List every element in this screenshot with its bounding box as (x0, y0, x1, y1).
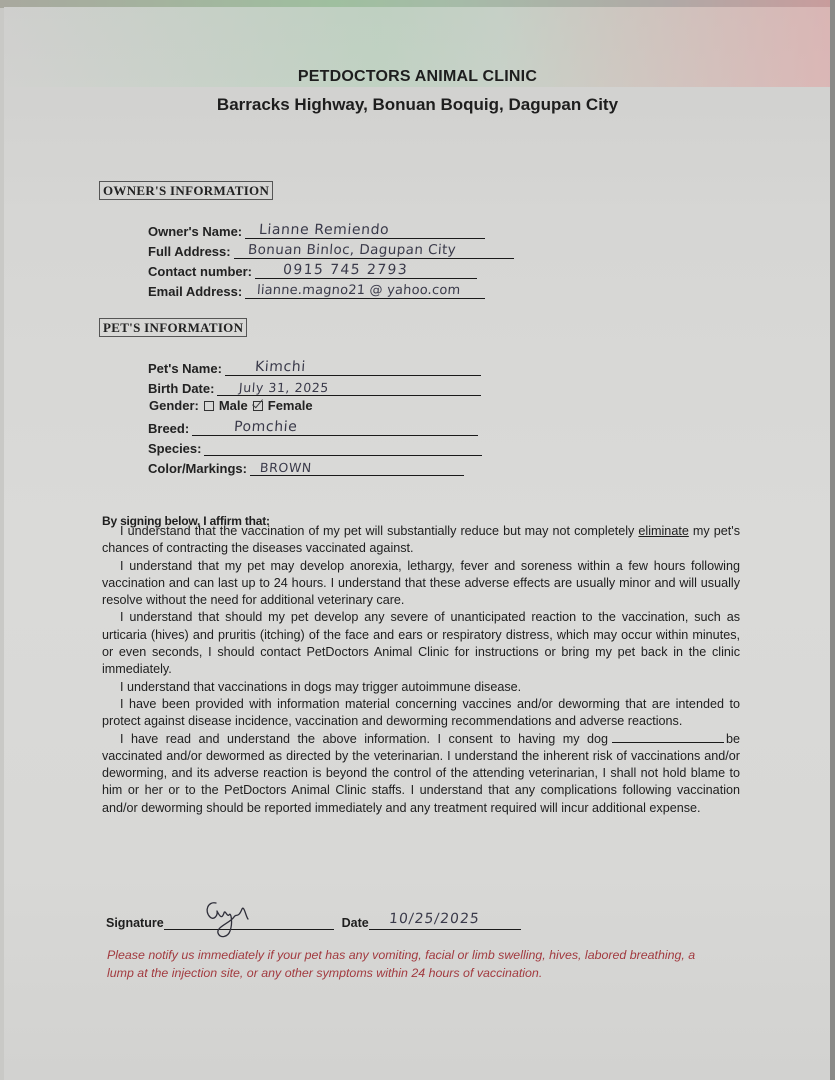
breed-label: Breed: (148, 421, 189, 436)
owner-name-value: Lianne Remiendo (259, 222, 390, 238)
full-address-label: Full Address: (148, 244, 231, 259)
color-markings-value: BROWN (259, 460, 312, 475)
date-label: Date (342, 916, 369, 930)
pet-name-label: Pet's Name: (148, 361, 222, 376)
p6-text: I have read and understand the above inf… (120, 732, 608, 746)
species-line[interactable] (204, 438, 482, 456)
female-label: Female (268, 398, 313, 413)
owner-name-label: Owner's Name: (148, 224, 242, 239)
email-address-field: Email Address: lianne.magno21 @ yahoo.co… (148, 280, 485, 299)
email-address-label: Email Address: (148, 284, 242, 299)
breed-value: Pomchie (234, 419, 299, 435)
clinic-address: Barracks Highway, Bonuan Boquig, Dagupan… (0, 95, 835, 115)
breed-field: Breed: Pomchie (148, 417, 478, 436)
birth-date-field: Birth Date: July 31, 2025 (148, 377, 481, 396)
email-address-line[interactable]: lianne.magno21 @ yahoo.com (245, 281, 485, 299)
species-field: Species: (148, 437, 482, 456)
p1-underlined: eliminate (638, 524, 688, 538)
full-address-value: Bonuan Binloc, Dagupan City (247, 242, 456, 258)
signature-scrawl-icon (200, 897, 250, 941)
contact-number-line[interactable]: 0915 745 2793 (255, 261, 477, 279)
male-checkbox[interactable] (204, 401, 214, 411)
email-address-value: lianne.magno21 @ yahoo.com (257, 283, 461, 298)
female-checkbox-checked[interactable] (253, 401, 263, 411)
owner-info-heading: OWNER'S INFORMATION (99, 181, 273, 200)
breed-line[interactable]: Pomchie (192, 418, 478, 436)
p1-text: I understand that the vaccination of my … (120, 524, 638, 538)
contact-number-label: Contact number: (148, 264, 252, 279)
dog-name-blank[interactable] (612, 732, 724, 743)
pet-name-field: Pet's Name: Kimchi (148, 357, 481, 376)
signature-label: Signature (106, 916, 164, 930)
pet-info-heading: PET'S INFORMATION (99, 318, 247, 337)
affirmation-paragraph-4: I understand that vaccinations in dogs m… (102, 679, 740, 696)
birth-date-line[interactable]: July 31, 2025 (217, 378, 481, 396)
paper-edge-shadow (830, 0, 835, 1080)
male-label: Male (219, 398, 248, 413)
pet-name-line[interactable]: Kimchi (225, 358, 481, 376)
full-address-field: Full Address: Bonuan Binloc, Dagupan Cit… (148, 240, 514, 259)
affirmation-body: I understand that the vaccination of my … (102, 523, 740, 817)
signature-line[interactable] (164, 903, 334, 930)
color-markings-line[interactable]: BROWN (250, 458, 464, 476)
signature-row: Signature Date 10/25/2025 (106, 903, 521, 930)
affirmation-paragraph-2: I understand that my pet may develop ano… (102, 558, 740, 610)
full-address-line[interactable]: Bonuan Binloc, Dagupan City (234, 241, 514, 259)
species-label: Species: (148, 441, 201, 456)
gender-label: Gender: (149, 398, 199, 413)
contact-number-field: Contact number: 0915 745 2793 (148, 260, 477, 279)
pet-name-value: Kimchi (254, 359, 306, 375)
owner-name-line[interactable]: Lianne Remiendo (245, 221, 485, 239)
post-vaccination-notice: Please notify us immediately if your pet… (107, 946, 707, 982)
clinic-name: PETDOCTORS ANIMAL CLINIC (0, 68, 835, 86)
birth-date-label: Birth Date: (148, 381, 214, 396)
affirmation-paragraph-6: I have read and understand the above inf… (102, 731, 740, 817)
contact-number-value: 0915 745 2793 (282, 262, 408, 278)
affirmation-paragraph-3: I understand that should my pet develop … (102, 609, 740, 678)
color-markings-field: Color/Markings: BROWN (148, 457, 464, 476)
date-value: 10/25/2025 (388, 911, 480, 927)
birth-date-value: July 31, 2025 (239, 380, 330, 395)
affirmation-paragraph-1: I understand that the vaccination of my … (102, 523, 740, 558)
gender-field: Gender: Male Female (149, 398, 313, 413)
owner-name-field: Owner's Name: Lianne Remiendo (148, 220, 485, 239)
date-line[interactable]: 10/25/2025 (369, 903, 521, 930)
color-markings-label: Color/Markings: (148, 461, 247, 476)
affirmation-paragraph-5: I have been provided with information ma… (102, 696, 740, 731)
